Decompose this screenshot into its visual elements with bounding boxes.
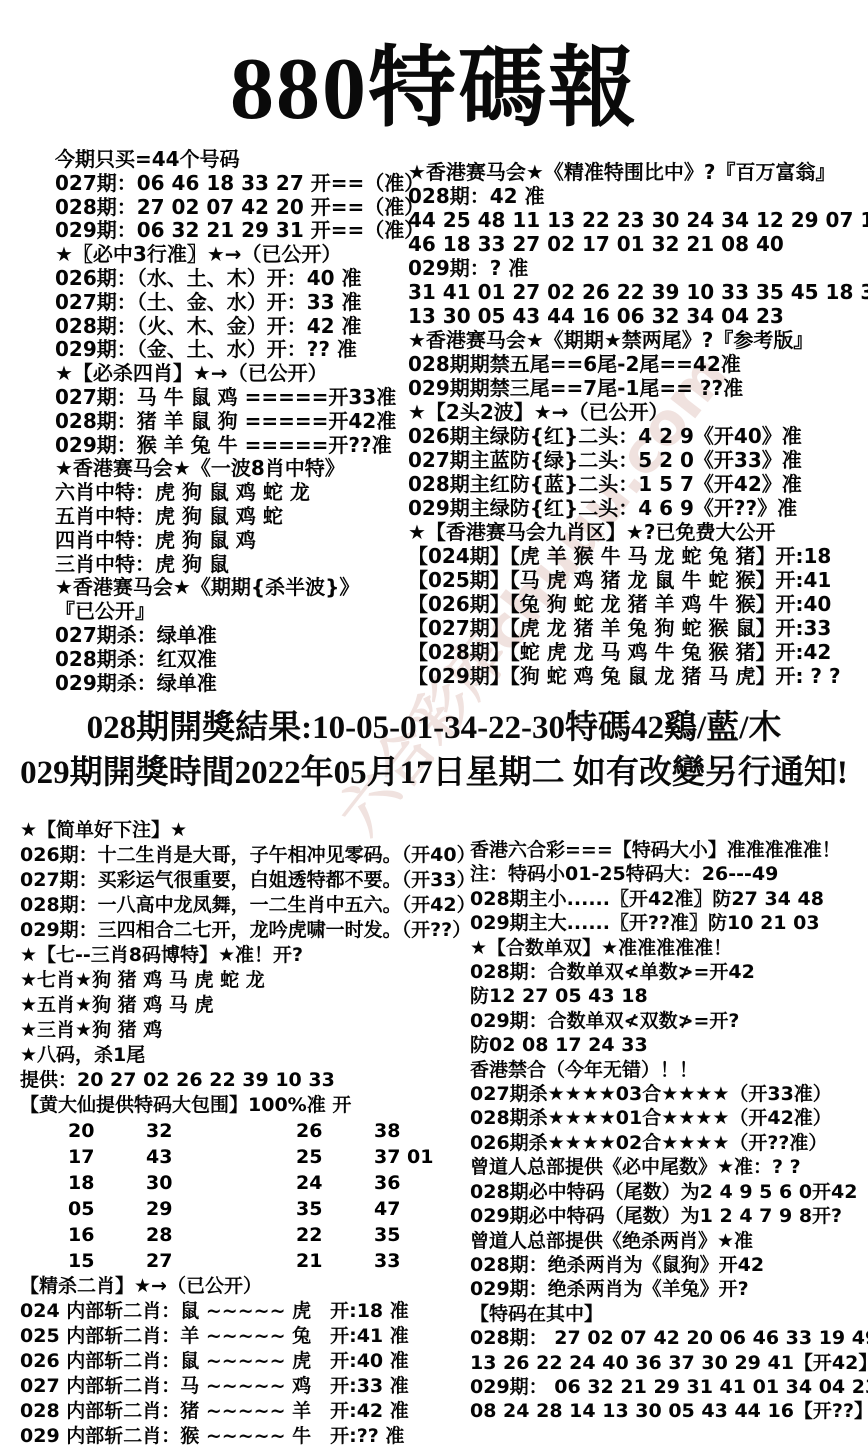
text-line: 027期：买彩运气很重要，白姐透特都不要。（开33） (20, 868, 475, 893)
section-top-left: 今期只买=44个号码027期：06 46 18 33 27 开==（准）028期… (55, 148, 407, 695)
text-line: 029 内部斩二肖：猴 ~~~~~ 牛 开:?? 准 (20, 1424, 475, 1448)
text-line: 【精杀二肖】★→（已公开） (20, 1274, 475, 1299)
text-line: 028期：一八高中龙凤舞，一二生肖中五六。（开42） (20, 893, 475, 918)
text-line: 028期：绝杀两肖为《鼠狗》开42 (470, 1253, 862, 1277)
text-line: ★三肖★狗 猪 鸡 (20, 1018, 475, 1043)
text-line: 026 内部斩二肖：鼠 ~~~~~ 虎 开:40 准 (20, 1349, 475, 1374)
section-bottom-right: 香港六合彩===【特码大小】准准准准准！注：特码小01-25特码大：26---4… (470, 838, 862, 1424)
text-line: ★香港赛马会★《一波8肖中特》 (55, 457, 407, 481)
page-title: 880特碼報 (0, 18, 868, 144)
text-line: 【024期】【虎 羊 猴 牛 马 龙 蛇 兔 猪】开:18 (408, 544, 860, 568)
text-line: 028期杀★★★★01合★★★★（开42准） (470, 1106, 862, 1130)
number-cell: 27 (146, 1248, 296, 1274)
text-line: 029期主绿防{红}二头：4 6 9《开??》准 (408, 496, 860, 520)
text-line: 六肖中特：虎 狗 鼠 鸡 蛇 龙 (55, 481, 407, 505)
number-table-row: 17 43 25 37 01 (68, 1144, 475, 1170)
number-cell: 37 01 (374, 1144, 475, 1170)
text-line: 029期：猴 羊 兔 牛 =====开??准 (55, 434, 407, 458)
text-line: 027 内部斩二肖：马 ~~~~~ 鸡 开:33 准 (20, 1374, 475, 1399)
number-table-row: 05 29 35 47 (68, 1196, 475, 1222)
text-line: ★【必杀四肖】★→（已公开） (55, 362, 407, 386)
section-bottom-left: ★【简单好下注】★026期：十二生肖是大哥，子午相冲见零码。（开40）027期：… (20, 818, 475, 1448)
bottom-left-lines-b: 【精杀二肖】★→（已公开）024 内部斩二肖：鼠 ~~~~~ 虎 开:18 准0… (20, 1274, 475, 1448)
text-line: 提供：20 27 02 26 22 39 10 33 (20, 1068, 475, 1093)
text-line: ★【简单好下注】★ (20, 818, 475, 843)
text-line: ★香港赛马会★《期期★禁两尾》?『参考版』 (408, 328, 860, 352)
text-line: 027期：马 牛 鼠 鸡 =====开33准 (55, 386, 407, 410)
number-table-row: 15 27 21 33 (68, 1248, 475, 1274)
number-table-row: 16 28 22 35 (68, 1222, 475, 1248)
text-line: 029期：绝杀两肖为《羊兔》开? (470, 1277, 862, 1301)
text-line: 028期：27 02 07 42 20 开==（准） (55, 196, 407, 220)
text-line: 【029期】【狗 蛇 鸡 兔 鼠 龙 猪 马 虎】开: ? ? (408, 664, 860, 688)
text-line: 026期：十二生肖是大哥，子午相冲见零码。（开40） (20, 843, 475, 868)
number-cell: 21 (296, 1248, 374, 1274)
number-cell: 26 (296, 1118, 374, 1144)
text-line: 024 内部斩二肖：鼠 ~~~~~ 虎 开:18 准 (20, 1299, 475, 1324)
text-line: 028期杀：红双准 (55, 648, 407, 672)
text-line: 027期主蓝防{绿}二头：5 2 0《开33》准 (408, 448, 860, 472)
number-cell: 18 (68, 1170, 146, 1196)
text-line: 027期杀：绿单准 (55, 624, 407, 648)
text-line: 【026期】【兔 狗 蛇 龙 猪 羊 鸡 牛 猴】开:40 (408, 592, 860, 616)
text-line: 香港六合彩===【特码大小】准准准准准！ (470, 838, 862, 862)
number-cell: 30 (146, 1170, 296, 1196)
next-draw-time-line: 029期開獎時間2022年05月17日星期二 如有改變另行通知! (0, 751, 868, 796)
number-cell: 38 (374, 1118, 475, 1144)
text-line: ★七肖★狗 猪 鸡 马 虎 蛇 龙 (20, 968, 475, 993)
text-line: 028期必中特码（尾数）为2 4 9 5 6 0开42 (470, 1180, 862, 1204)
text-line: 027期：（土、金、水）开：33 准 (55, 291, 407, 315)
text-line: 【027期】【虎 龙 猪 羊 兔 狗 蛇 猴 鼠】开:33 (408, 616, 860, 640)
number-cell: 32 (146, 1118, 296, 1144)
text-line: 31 41 01 27 02 26 22 39 10 33 35 45 18 3… (408, 280, 860, 304)
text-line: 028 内部斩二肖：猪 ~~~~~ 羊 开:42 准 (20, 1399, 475, 1424)
text-line: 026期：（水、土、木）开：40 准 (55, 267, 407, 291)
number-cell: 47 (374, 1196, 475, 1222)
number-cell: 16 (68, 1222, 146, 1248)
text-line: ★八码，杀1尾 (20, 1043, 475, 1068)
text-line: 五肖中特：虎 狗 鼠 鸡 蛇 (55, 505, 407, 529)
text-line: 026期主绿防{红}二头：4 2 9《开40》准 (408, 424, 860, 448)
text-line: 029期期禁三尾==7尾-1尾== ??准 (408, 376, 860, 400)
text-line: 13 26 22 24 40 36 37 30 29 41【开42】 (470, 1351, 862, 1375)
text-line: 注：特码小01-25特码大：26---49 (470, 862, 862, 886)
number-cell: 24 (296, 1170, 374, 1196)
text-line: 【025期】【马 虎 鸡 猪 龙 鼠 牛 蛇 猴】开:41 (408, 568, 860, 592)
text-line: 『已公开』 (55, 600, 407, 624)
text-line: 08 24 28 14 13 30 05 43 44 16【开??】 (470, 1399, 862, 1423)
text-line: 028期： 27 02 07 42 20 06 46 33 19 49 (470, 1326, 862, 1350)
number-cell: 22 (296, 1222, 374, 1248)
text-line: ★【香港赛马会九肖区】★?已免费大公开 (408, 520, 860, 544)
text-line: 028期期禁五尾==6尾-2尾==42准 (408, 352, 860, 376)
text-line: 027期：06 46 18 33 27 开==（准） (55, 172, 407, 196)
newspaper-page: 六合彩库chuuu.com 880特碼報 今期只买=44个号码027期：06 4… (0, 0, 868, 1448)
text-line: 46 18 33 27 02 17 01 32 21 08 40 (408, 232, 860, 256)
text-line: 029期主大......〖开??准〗防10 21 03 (470, 911, 862, 935)
text-line: 曾道人总部提供《必中尾数》★准：? ? (470, 1155, 862, 1179)
text-line: ★香港赛马会★《期期{杀半波}》 (55, 576, 407, 600)
text-line: ★香港赛马会★《精准特围比中》?『百万富翁』 (408, 160, 860, 184)
text-line: 防02 08 17 24 33 (470, 1033, 862, 1057)
number-table: 20 32 26 38 17 43 25 37 01 18 30 24 36 (20, 1118, 475, 1274)
text-line: 029期：合数单双≮双数≯=开? (470, 1009, 862, 1033)
number-cell: 29 (146, 1196, 296, 1222)
number-cell: 35 (296, 1196, 374, 1222)
text-line: ★【七--三肖8码博特】★准！开? (20, 943, 475, 968)
number-cell: 35 (374, 1222, 475, 1248)
text-line: 今期只买=44个号码 (55, 148, 407, 172)
text-line: 028期：（火、木、金）开：42 准 (55, 315, 407, 339)
text-line: 【特码在其中】 (470, 1302, 862, 1326)
text-line: 029期： 06 32 21 29 31 41 01 34 04 23 (470, 1375, 862, 1399)
number-cell: 33 (374, 1248, 475, 1274)
text-line: 029期：（金、土、水）开：?? 准 (55, 338, 407, 362)
text-line: 028期主红防{蓝}二头：1 5 7《开42》准 (408, 472, 860, 496)
number-cell: 25 (296, 1144, 374, 1170)
text-line: ★【合数单双】★准准准准准！ (470, 936, 862, 960)
number-cell: 15 (68, 1248, 146, 1274)
text-line: 028期：合数单双≮单数≯=开42 (470, 960, 862, 984)
text-line: 028期主小......〖开42准〗防27 34 48 (470, 887, 862, 911)
section-top-right: ★香港赛马会★《精准特围比中》?『百万富翁』028期：42 准44 25 48 … (408, 160, 860, 688)
text-line: 027期杀★★★★03合★★★★（开33准） (470, 1082, 862, 1106)
text-line: 028期：42 准 (408, 184, 860, 208)
number-cell: 05 (68, 1196, 146, 1222)
draw-result-line: 028期開獎結果:10-05-01-34-22-30特碼42鷄/藍/木 (0, 706, 868, 751)
text-line: 029期：三四相合二七开，龙吟虎啸一时发。（开??） (20, 918, 475, 943)
text-line: 四肖中特：虎 狗 鼠 鸡 (55, 529, 407, 553)
text-line: 香港禁合（今年无错）！！ (470, 1058, 862, 1082)
text-line: ★五肖★狗 猪 鸡 马 虎 (20, 993, 475, 1018)
number-cell: 36 (374, 1170, 475, 1196)
number-table-row: 18 30 24 36 (68, 1170, 475, 1196)
number-cell: 43 (146, 1144, 296, 1170)
text-line: 029期：06 32 21 29 31 开==（准） (55, 219, 407, 243)
text-line: 三肖中特：虎 狗 鼠 (55, 553, 407, 577)
text-line: 029期必中特码（尾数）为1 2 4 7 9 8开? (470, 1204, 862, 1228)
text-line: 029期：? 准 (408, 256, 860, 280)
number-cell: 28 (146, 1222, 296, 1248)
number-cell: 17 (68, 1144, 146, 1170)
bottom-left-lines-a: ★【简单好下注】★026期：十二生肖是大哥，子午相冲见零码。（开40）027期：… (20, 818, 475, 1118)
text-line: 029期杀：绿单准 (55, 672, 407, 696)
text-line: 防12 27 05 43 18 (470, 984, 862, 1008)
text-line: 025 内部斩二肖：羊 ~~~~~ 兔 开:41 准 (20, 1324, 475, 1349)
text-line: 13 30 05 43 44 16 06 32 34 04 23 (408, 304, 860, 328)
text-line: 028期：猪 羊 鼠 狗 =====开42准 (55, 410, 407, 434)
number-table-row: 20 32 26 38 (68, 1118, 475, 1144)
text-line: 026期杀★★★★02合★★★★（开??准） (470, 1131, 862, 1155)
text-line: 曾道人总部提供《绝杀两肖》★准 (470, 1229, 862, 1253)
text-line: ★【2头2波】★→（已公开） (408, 400, 860, 424)
text-line: 【黄大仙提供特码大包围】100%准 开 (20, 1093, 475, 1118)
text-line: 44 25 48 11 13 22 23 30 24 34 12 29 07 1… (408, 208, 860, 232)
text-line: ★〖必中3行准〗★→（已公开） (55, 243, 407, 267)
text-line: 【028期】【蛇 虎 龙 马 鸡 牛 兔 猴 猪】开:42 (408, 640, 860, 664)
draw-result-banner: 028期開獎結果:10-05-01-34-22-30特碼42鷄/藍/木 029期… (0, 706, 868, 796)
number-cell: 20 (68, 1118, 146, 1144)
